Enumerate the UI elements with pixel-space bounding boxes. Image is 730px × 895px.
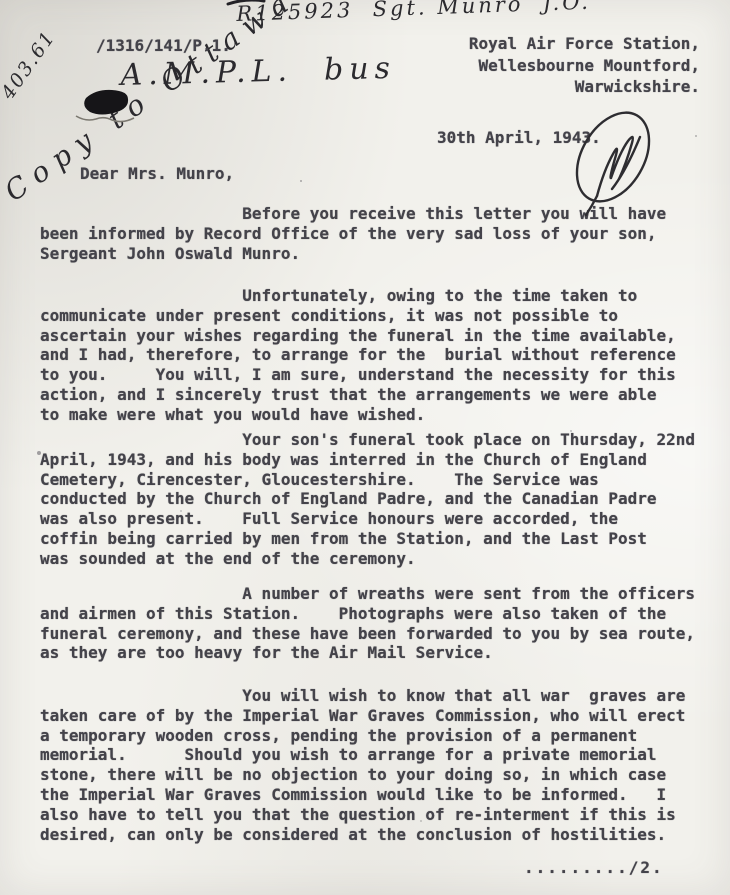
handwritten-file-number: 403.61 [0,26,60,103]
paragraph-war-graves: You will wish to know that all war grave… [40,686,685,844]
paragraph-funeral-details: Your son's funeral took place on Thursda… [40,430,695,569]
reference-number: /1316/141/P.1. [96,36,231,56]
station-address: Royal Air Force Station, Wellesbourne Mo… [469,33,700,98]
paragraph-loss-notification: Before you receive this letter you will … [40,204,666,263]
salutation: Dear Mrs. Munro, [80,164,234,184]
paragraph-wreaths-photographs: A number of wreaths were sent from the o… [40,584,695,663]
page-continuation-mark: ........./2. [524,858,664,878]
scan-speckles [300,180,302,182]
circled-initials-icon [562,100,664,215]
letter-page: R125923 Sgt. Munro J.O. 403.61 Copy to O… [0,0,730,895]
letter-date: 30th April, 1943. [437,128,601,148]
handwritten-routing-note: A.M.P.L. bus [120,51,396,93]
paragraph-funeral-arrangements: Unfortunately, owing to the time taken t… [40,286,676,425]
